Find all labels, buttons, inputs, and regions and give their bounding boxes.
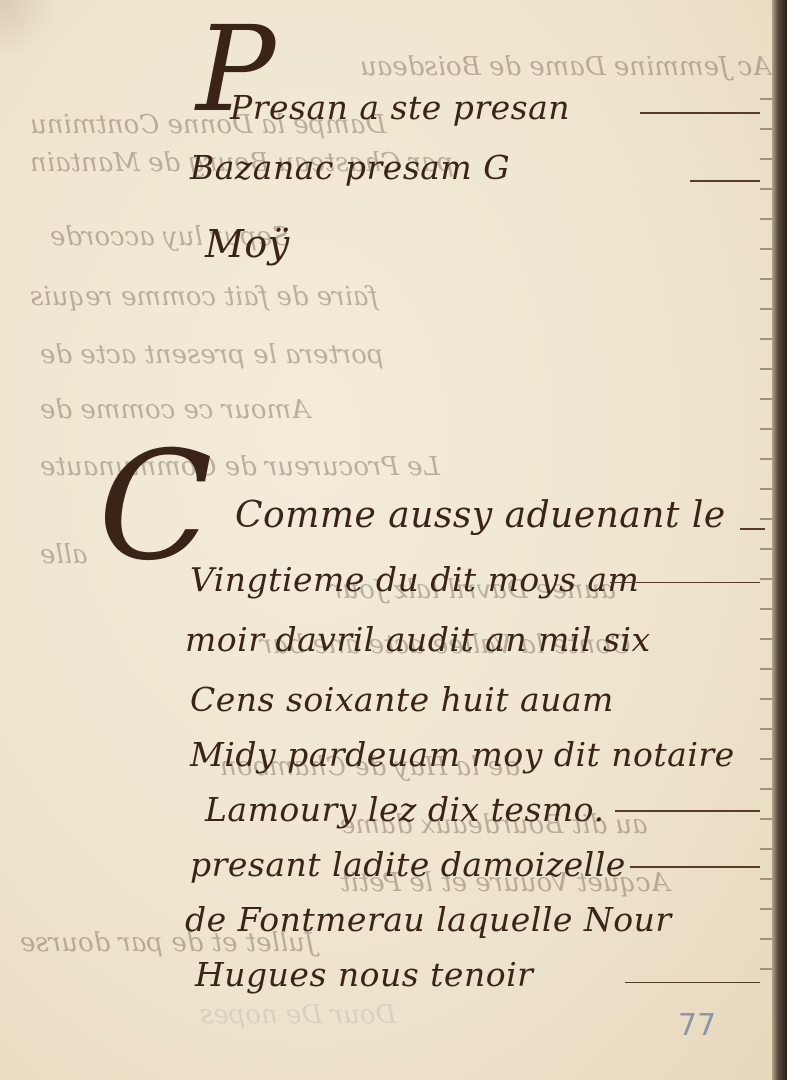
text-line-6: moir davril audit an mil six xyxy=(185,620,651,659)
bleed-line: faire de fait comme requis xyxy=(30,282,378,312)
text-line-12: Hugues nous tenoir xyxy=(195,955,533,994)
text-line-3: Moÿ xyxy=(205,222,290,266)
bleed-line: alle xyxy=(40,540,88,570)
bleed-line: Dour De nopes xyxy=(200,1000,396,1030)
line-filler xyxy=(625,982,760,983)
text-line-11: de Fontmerau laquelle Nour xyxy=(185,900,672,939)
text-line-5: Vingtieme du dit moys am xyxy=(190,560,639,599)
line-filler xyxy=(690,180,760,182)
bleed-line: portera le present acte de xyxy=(40,340,384,370)
text-line-4: Comme aussy aduenant le xyxy=(235,495,726,536)
paper-stain xyxy=(0,0,60,60)
bleed-line: Ac Jemmine Dame de Boisdeau xyxy=(360,52,771,82)
page-edge-shadow xyxy=(772,0,787,1080)
margin-ruling xyxy=(760,70,772,970)
line-filler xyxy=(640,112,760,114)
manuscript-page: Ac Jemmine Dame de Boisdeau Dampe la Don… xyxy=(0,0,773,1080)
folio-number: 77 xyxy=(678,1008,716,1043)
line-filler xyxy=(610,582,760,583)
line-filler xyxy=(615,810,760,812)
text-line-9: Lamoury lez dix tesmo. xyxy=(205,790,604,829)
text-line-8: Midy pardeuam moy dit notaire xyxy=(190,735,735,774)
line-filler xyxy=(740,528,765,530)
line-filler xyxy=(630,866,760,868)
text-line-1: Presan a ste presan xyxy=(230,88,570,127)
text-line-7: Cens soixante huit auam xyxy=(190,680,614,719)
text-line-2: Bazanac presam G xyxy=(190,148,510,187)
text-line-10: presant ladite damoizelle xyxy=(190,845,626,884)
